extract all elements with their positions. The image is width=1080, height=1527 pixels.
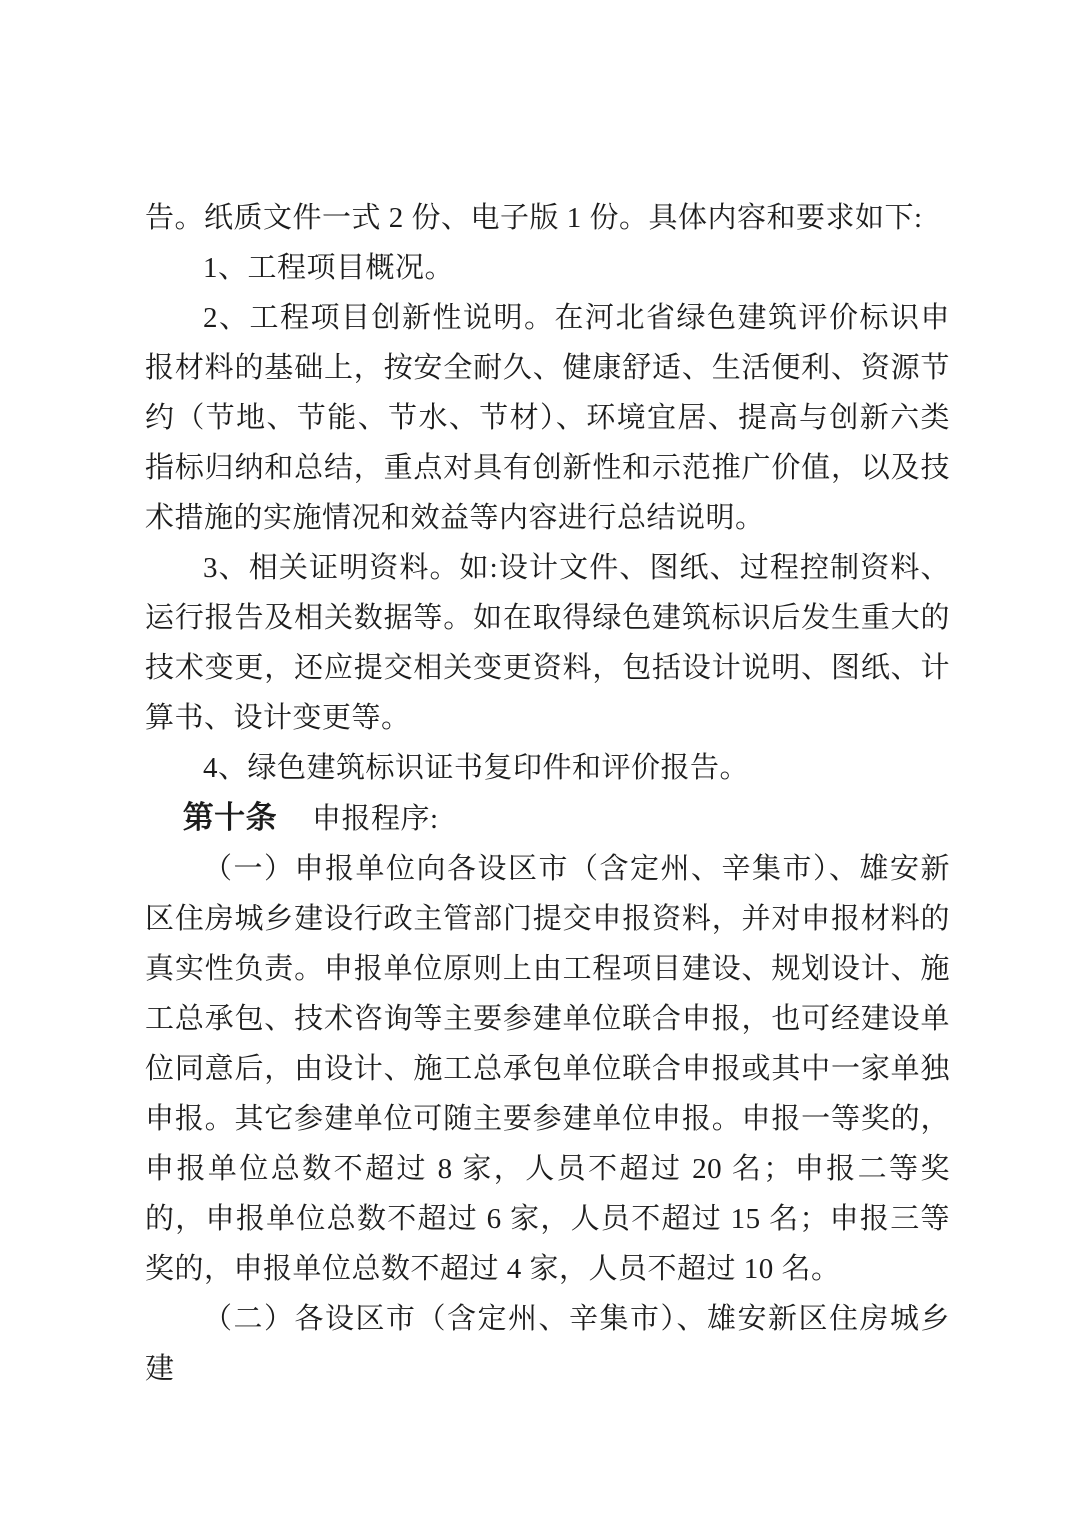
list-item-2: 2、工程项目创新性说明。在河北省绿色建筑评价标识申报材料的基础上，按安全耐久、健… <box>145 293 950 543</box>
list-item-4: 4、绿色建筑标识证书复印件和评价报告。 <box>145 743 950 793</box>
sub-item-two-truncated: （二）各设区市（含定州、辛集市）、雄安新区住房城乡建 <box>145 1294 950 1394</box>
article-number: 第十条 <box>183 800 278 835</box>
document-page: 告。纸质文件一式 2 份、电子版 1 份。具体内容和要求如下: 1、工程项目概况… <box>0 0 1080 1527</box>
list-item-3: 3、相关证明资料。如:设计文件、图纸、过程控制资料、运行报告及相关数据等。如在取… <box>145 543 950 743</box>
paragraph-continuation: 告。纸质文件一式 2 份、电子版 1 份。具体内容和要求如下: <box>145 193 950 243</box>
article-10-heading: 第十条申报程序: <box>145 793 950 844</box>
document-body: 告。纸质文件一式 2 份、电子版 1 份。具体内容和要求如下: 1、工程项目概况… <box>145 193 950 1394</box>
list-item-1: 1、工程项目概况。 <box>145 243 950 293</box>
sub-item-one: （一）申报单位向各设区市（含定州、辛集市）、雄安新区住房城乡建设行政主管部门提交… <box>145 844 950 1294</box>
article-title: 申报程序: <box>312 803 439 835</box>
